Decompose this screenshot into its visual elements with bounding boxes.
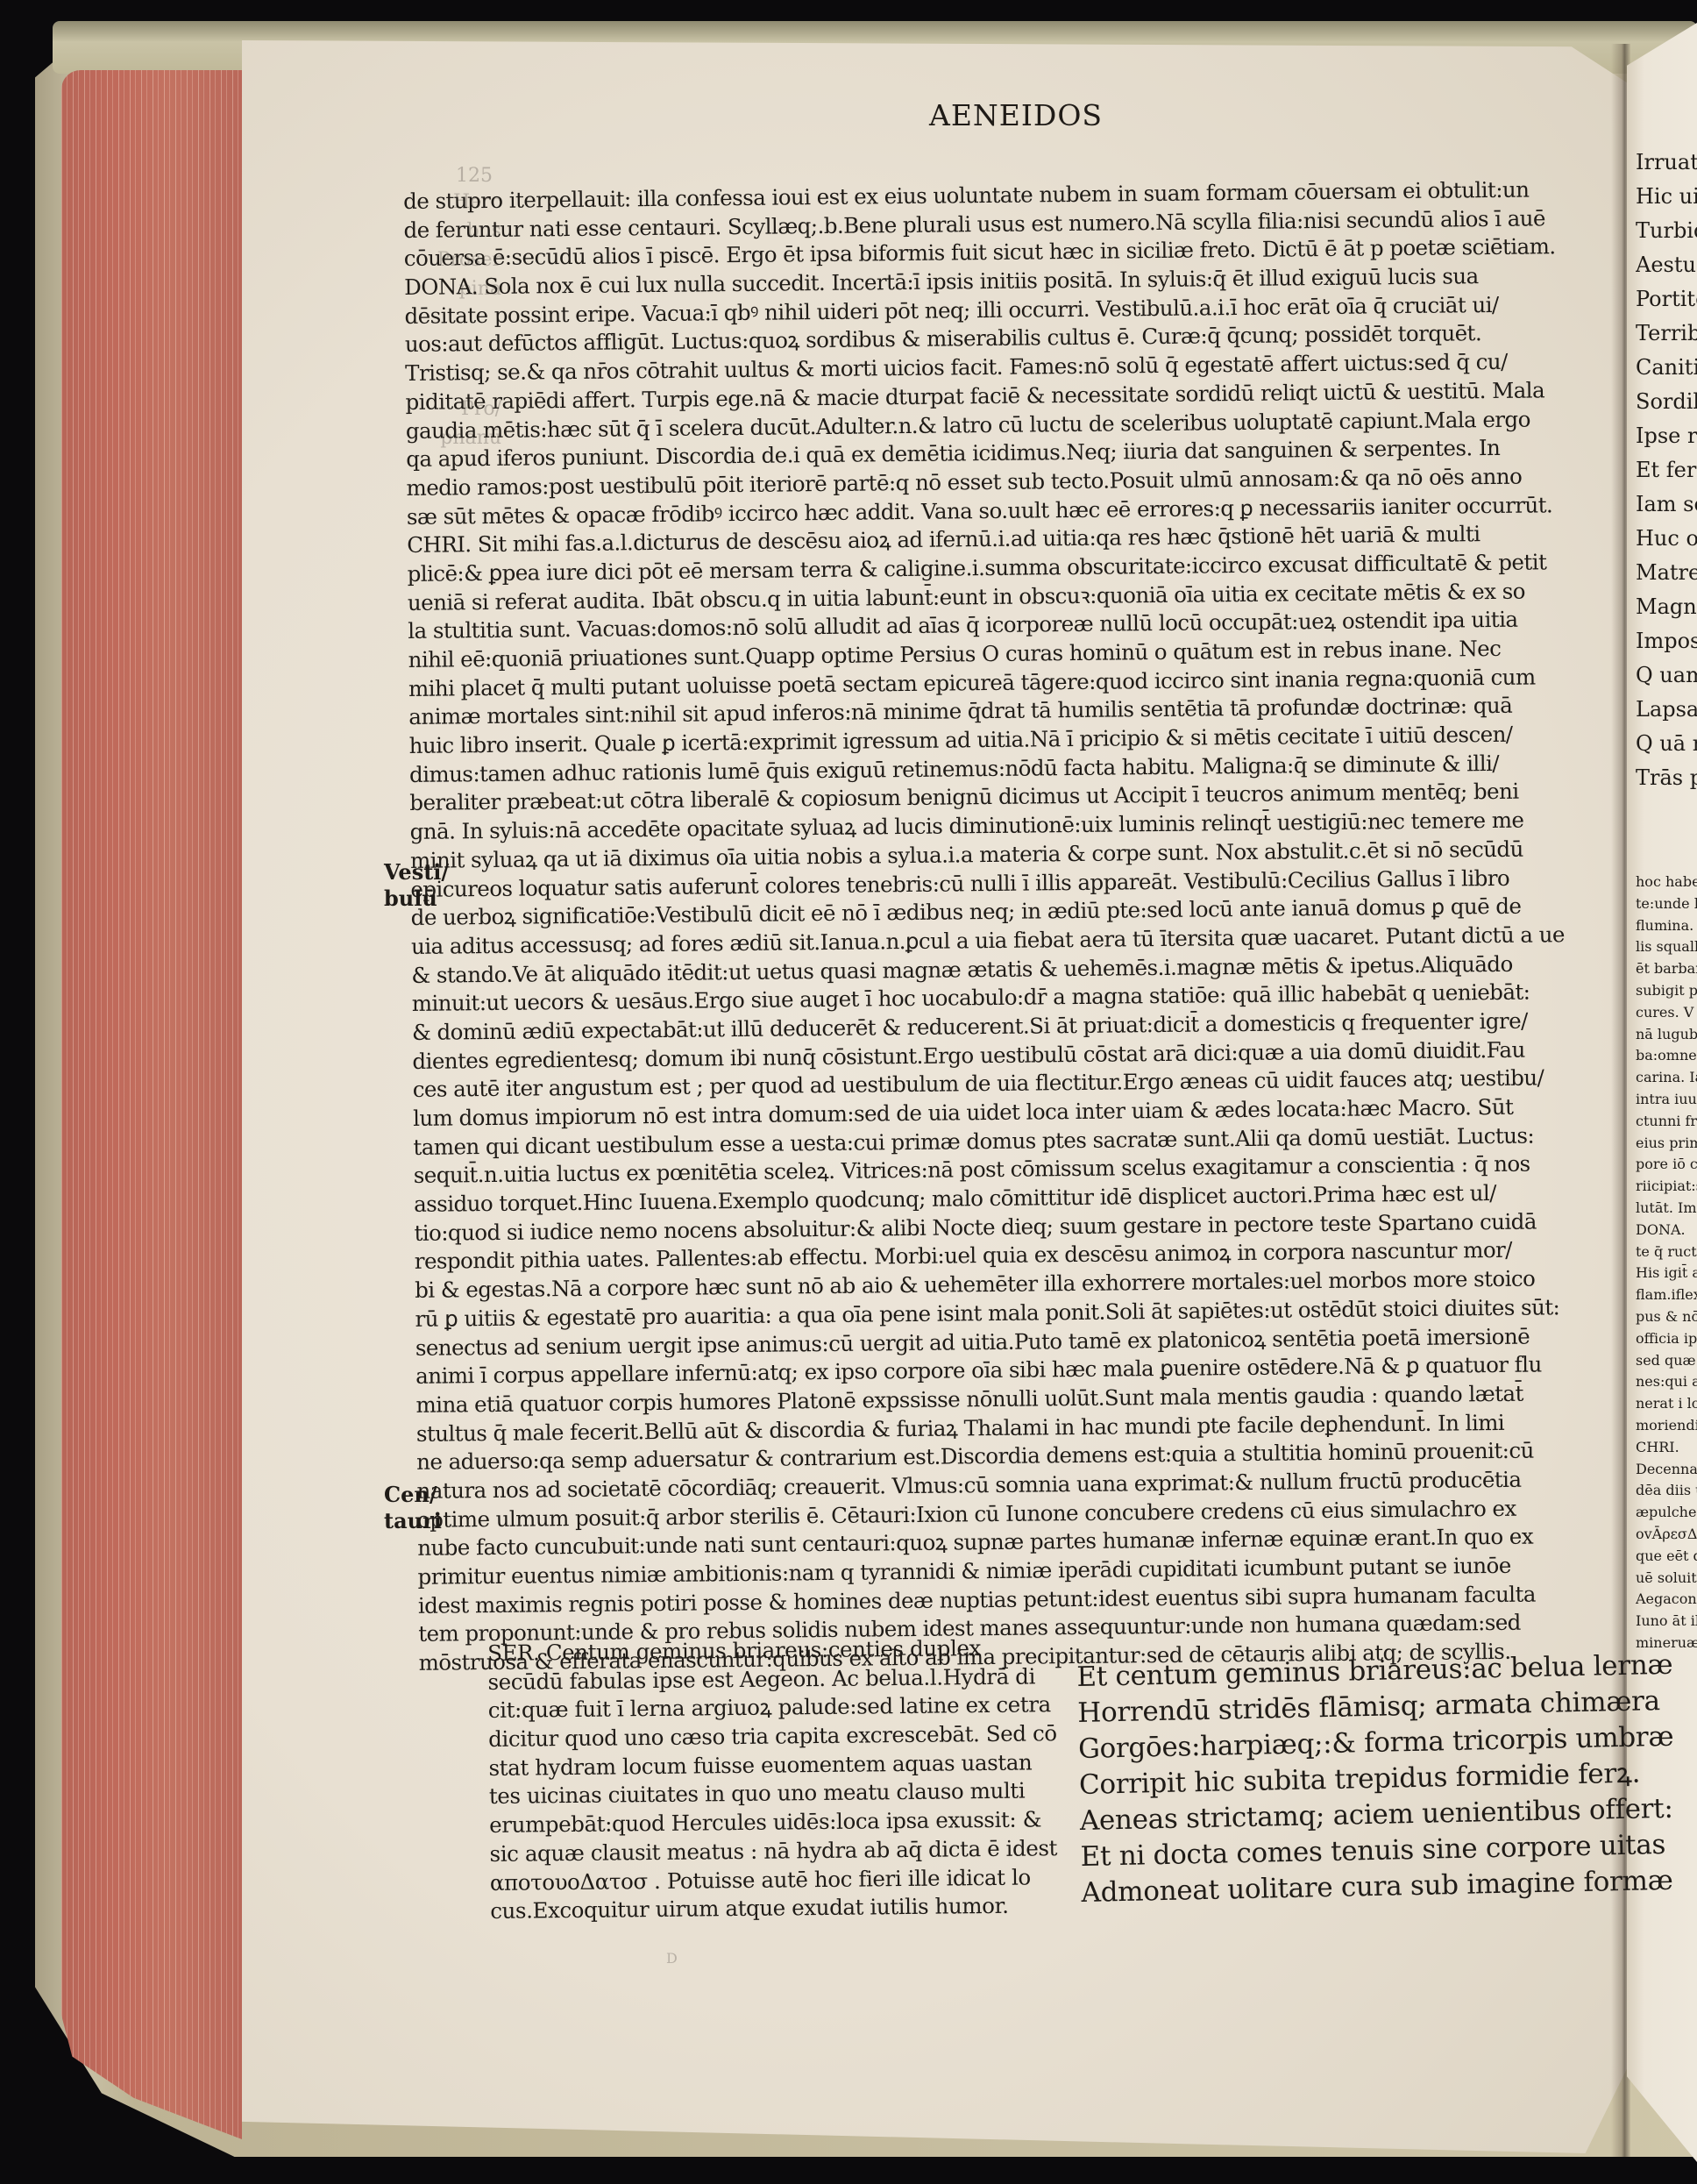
facing-page-fragment: Huc om	[1636, 522, 1697, 556]
facing-page-fragment: ctunni frig	[1636, 1111, 1697, 1133]
facing-page-commentary: hoc habete:unde hflumina.lis squallēt ba…	[1636, 871, 1697, 1654]
facing-page-fragment: pus & nō f	[1636, 1306, 1697, 1328]
show-through-folio: 125	[456, 165, 493, 187]
facing-page-fragment: flam.iflexi	[1636, 1284, 1697, 1306]
facing-page-fragment: ēt barbar	[1636, 958, 1697, 980]
facing-page-fragment: Magnan	[1636, 590, 1697, 624]
facing-page-fragment: Trās pōt	[1636, 761, 1697, 795]
facing-page-fragment: cures. V	[1636, 1002, 1697, 1024]
facing-page-fragment: intra iuuer	[1636, 1089, 1697, 1111]
facing-page-fragment: subigit p	[1636, 980, 1697, 1002]
facing-page-fragment: Turbid	[1636, 214, 1697, 248]
facing-page-fragment: sed quæ ad	[1636, 1350, 1697, 1372]
facing-page-fragment: eius prima	[1636, 1133, 1697, 1155]
facing-page-fragment: lutāt. Imi	[1636, 1198, 1697, 1220]
facing-page-fragment: ba:omne	[1636, 1045, 1697, 1067]
facing-page-fragment: æpulcher	[1636, 1502, 1697, 1524]
facing-page-fragment: te:unde h	[1636, 893, 1697, 915]
facing-page-fragment: Decennale	[1636, 1459, 1697, 1481]
facing-page-fragment: uē soluit:	[1636, 1568, 1697, 1590]
facing-page-verse: Irruat:&Hic uiaTurbidAestuatPortitorTerr…	[1636, 146, 1697, 795]
facing-page-fragment: mineruæ	[1636, 1633, 1697, 1654]
running-head: AENEIDOS	[929, 98, 1103, 132]
facing-page-fragment: Q uā m	[1636, 727, 1697, 761]
facing-page-fragment: Iam seni	[1636, 487, 1697, 522]
facing-page-fragment: ovĀρεσΔ	[1636, 1524, 1697, 1546]
facing-page-fragment: nā lugubr	[1636, 1024, 1697, 1046]
facing-page-fragment: lis squall	[1636, 936, 1697, 958]
facing-page-fragment: Aegacona	[1636, 1589, 1697, 1611]
facing-page-fragment: que eēt q a	[1636, 1546, 1697, 1568]
facing-page-fragment: pore iō cac	[1636, 1154, 1697, 1176]
show-through-signature: D	[666, 1950, 678, 1967]
facing-page-fragment: Canities	[1636, 351, 1697, 385]
facing-page-fragment: riicipiat:se	[1636, 1176, 1697, 1198]
facing-page-fragment: CHRI.	[1636, 1437, 1697, 1459]
facing-page-fragment: Q uam	[1636, 658, 1697, 693]
facing-page-fragment: nes:qui ad	[1636, 1371, 1697, 1393]
red-fore-edge	[61, 70, 242, 2139]
facing-page-fragment: Et ferrug	[1636, 453, 1697, 487]
facing-page-fragment: DONA.	[1636, 1220, 1697, 1241]
facing-page-fragment: Matres a	[1636, 556, 1697, 590]
commentary-block: de stupro iterpellauit: illa confessa io…	[403, 175, 1611, 1678]
facing-page-fragment: Terribil	[1636, 317, 1697, 351]
facing-page-fragment: moriendi	[1636, 1415, 1697, 1437]
facing-page-fragment: hoc habe	[1636, 871, 1697, 893]
facing-page-fragment: Portitor	[1636, 282, 1697, 317]
text-line: cus.Excoquitur uirum atque exudat iutili…	[490, 1891, 1051, 1925]
facing-page-fragment: Impositi	[1636, 624, 1697, 658]
facing-page-fragment: His igit̄ ag	[1636, 1263, 1697, 1284]
facing-page-fragment: Irruat:&	[1636, 146, 1697, 180]
facing-page-fragment: Iuno āt ill	[1636, 1611, 1697, 1633]
facing-page-fragment: Sordibu	[1636, 385, 1697, 419]
facing-page-fragment: Aestuat	[1636, 248, 1697, 282]
facing-page-fragment: dēa diis ui	[1636, 1480, 1697, 1502]
facing-page-fragment: Lapsa ca	[1636, 693, 1697, 727]
facing-page-fragment: officia iple	[1636, 1328, 1697, 1350]
facing-page-fragment: Hic uia	[1636, 180, 1697, 214]
servius-commentary-column: SER. Centum geminus briareus:centies dup…	[487, 1633, 1051, 1926]
facing-page-fragment: te q̄ ructar	[1636, 1241, 1697, 1263]
virgil-verse-block: Et centum geminus briareus:ac belua lern…	[1076, 1648, 1608, 1911]
facing-page-fragment: flumina.	[1636, 915, 1697, 937]
facing-page-fragment: nerat i lon	[1636, 1393, 1697, 1415]
facing-page-fragment: Ipse rate	[1636, 419, 1697, 453]
facing-page-fragment: carina. Ia	[1636, 1067, 1697, 1089]
